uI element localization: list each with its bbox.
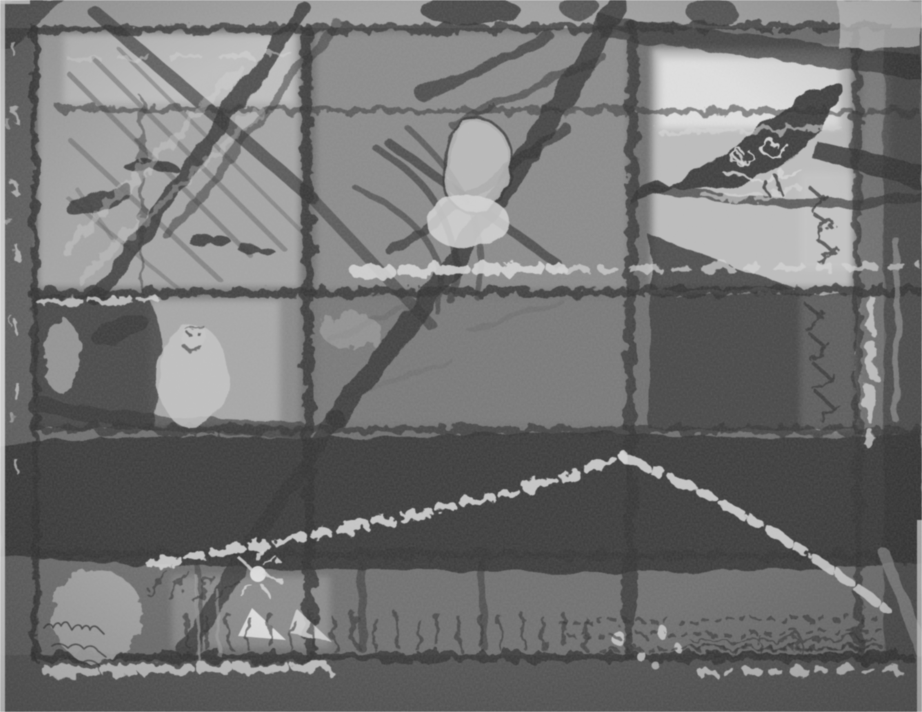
artwork-photo <box>0 0 922 712</box>
painting-canvas <box>0 0 922 712</box>
film-grain-overlay <box>0 0 922 712</box>
